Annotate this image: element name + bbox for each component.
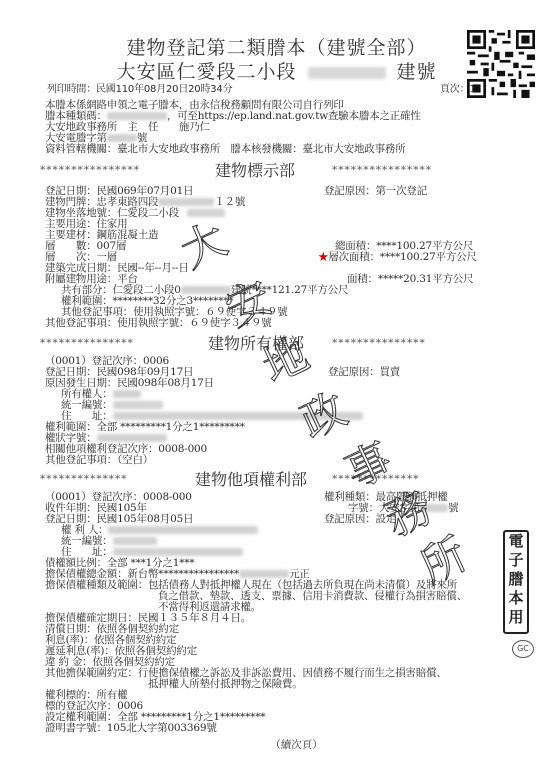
marking-other-items-2: 其他登記事項：使用執照字號：６９使字３４９號 [45, 318, 272, 329]
marking-floor-area: ★層次面積：****100.27平方公尺 [318, 252, 477, 263]
stars-left: ************** [40, 473, 128, 485]
stamp-char: 子 [505, 551, 527, 570]
other-scope-2: 抵押權人所墊付抵押物之保險費。 [148, 679, 303, 690]
redacted-common-number [181, 286, 231, 294]
section-title: 建物他項權利部 [195, 467, 307, 490]
section-title: 建物標示部 [215, 158, 295, 181]
stars-right: *************** [332, 337, 426, 349]
redacted-transcript-code [107, 112, 167, 120]
subtitle-suffix: 建號 [397, 61, 437, 83]
redacted-address [113, 412, 363, 420]
redacted-id [113, 537, 157, 545]
qr-code-icon [467, 30, 535, 98]
subtitle-prefix: 大安區仁愛段二小段 [116, 61, 296, 83]
floor-area-value: 層次面積：****100.27平方公尺 [328, 251, 476, 263]
stamp-char: 本 [505, 589, 527, 608]
stars-left: *************** [40, 337, 134, 349]
ownership-reg-reason: 登記原因：買賣 [328, 367, 400, 378]
redacted-building-number [308, 67, 386, 79]
other-reg-reason: 登記原因：設定 [324, 514, 396, 525]
section-header-marking: **************** 建物標示部 **************** [40, 158, 480, 178]
stamp-char: 謄 [505, 570, 527, 589]
marking-attached-area: 面積：*****20.31平方公尺 [347, 274, 473, 285]
common-part-suffix: 建號****121.27平方公尺 [231, 284, 349, 296]
continued-label: （續次頁） [20, 737, 553, 752]
gc-seal-icon: GC [512, 640, 534, 658]
redacted-location [187, 209, 225, 217]
doc-no-suffix: 號 [448, 502, 458, 514]
section-header-other-rights: ************** 建物他項權利部 ************** [40, 467, 480, 487]
redacted-doc-number [107, 134, 137, 142]
intro-line-5: 資料管轄機關：臺北市大安地政事務所 謄本核發機關：臺北市大安地政事務所 [45, 144, 406, 155]
stamp-char: 電 [505, 532, 527, 551]
section-title: 建物所有權部 [208, 331, 304, 354]
redacted-door [158, 198, 214, 206]
section-header-ownership: *************** 建物所有權部 *************** [40, 331, 480, 351]
door-suffix: １２號 [214, 196, 245, 208]
page-number: 頁次：1 [440, 84, 476, 95]
redacted-owner [113, 390, 141, 398]
redacted-address [113, 548, 243, 556]
stars-right: ************** [332, 473, 420, 485]
stamp-char: 用 [505, 608, 527, 627]
redacted-cert [97, 434, 167, 442]
watermark-char: 事 [334, 424, 401, 501]
redacted-amount [239, 570, 289, 578]
redacted-id [113, 401, 163, 409]
transcript-page: 建物登記第二類謄本（建號全部） 大安區仁愛段二小段 建號 列印時間：民國110年… [0, 0, 553, 780]
star-icon: ★ [318, 251, 328, 263]
other-cert-no: 證明書字號：105北大字第003369號 [45, 723, 217, 734]
print-time: 列印時間：民國110年08月20日20時34分 [47, 84, 232, 95]
stars-left: **************** [40, 164, 140, 176]
stars-right: **************** [332, 164, 432, 176]
redacted-holder [108, 526, 258, 534]
e-transcript-stamp: 電 子 謄 本 用 [503, 530, 529, 634]
ownership-other-items: 其他登記事項：（空白） [45, 455, 153, 466]
redacted-doc-no [420, 504, 448, 512]
marking-reg-reason: 登記原因：第一次登記 [324, 186, 427, 197]
